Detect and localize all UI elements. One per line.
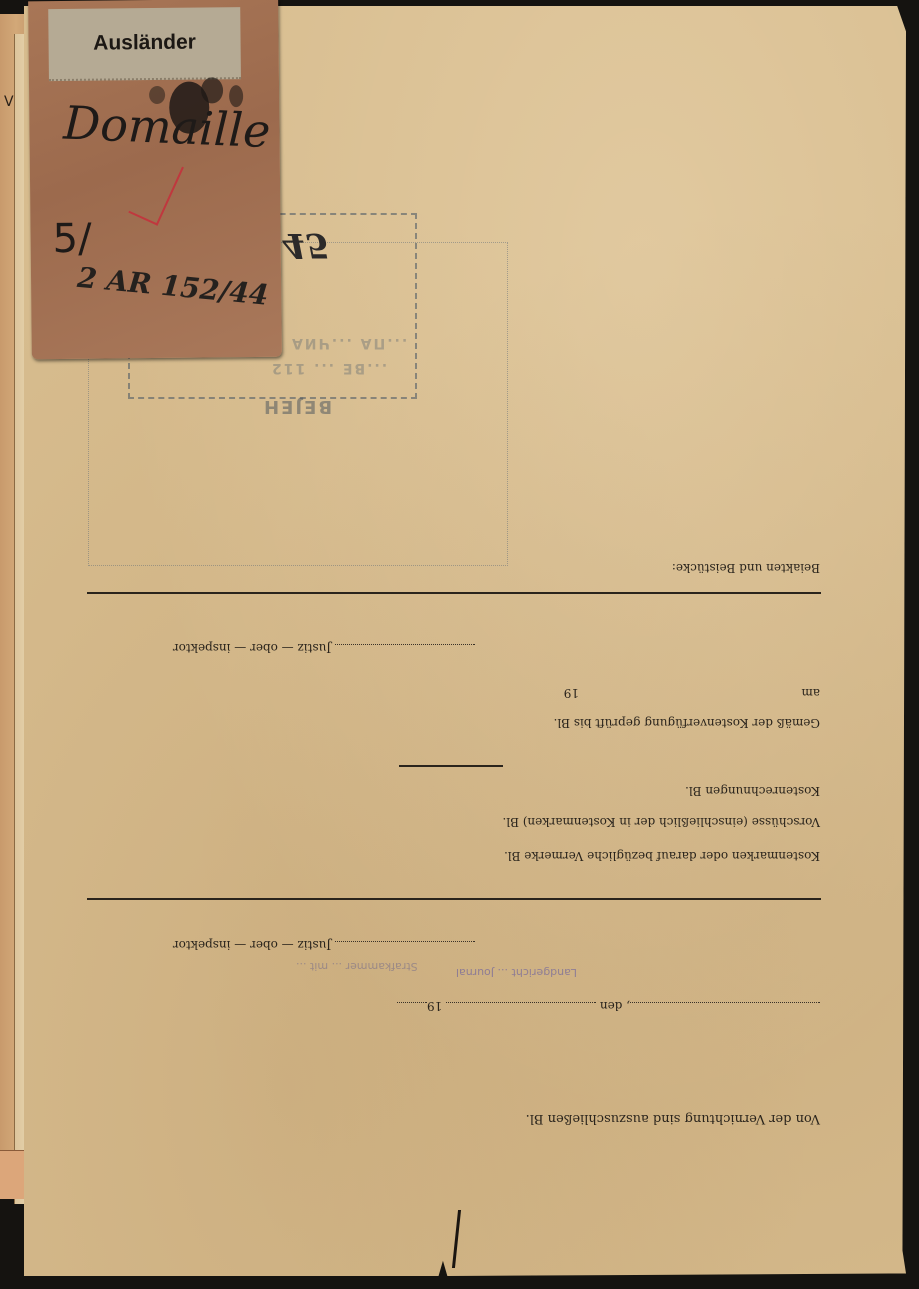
signature-field-1 xyxy=(335,644,475,655)
am-label: am xyxy=(801,686,820,700)
signature-field-2 xyxy=(335,941,475,952)
date-field xyxy=(446,1002,596,1013)
divider-lower xyxy=(87,898,821,900)
short-divider xyxy=(399,766,503,768)
signature-line-1: Justiz — ober — inspektor xyxy=(173,641,475,655)
signature-role-2: Justiz — ober — inspektor xyxy=(173,938,331,952)
year-label-upper: 19 xyxy=(564,686,579,700)
file-reference: 2 AR 152/44 xyxy=(76,261,270,312)
category-label: Ausländer xyxy=(93,31,196,56)
den-label: , den xyxy=(600,999,630,1013)
red-check-mark-icon xyxy=(128,154,184,226)
year-label: 19 xyxy=(427,999,442,1013)
kostenrechnungen-line: Kostenrechnungen Bl. xyxy=(685,784,820,798)
divider-upper xyxy=(87,592,821,594)
signature-line-2: Justiz — ober — inspektor xyxy=(173,938,475,952)
handwritten-name: Domaille xyxy=(62,96,271,159)
gemaess-line: Gemäß der Kostenverfügung geprüft bis Bl… xyxy=(554,716,820,730)
place-field xyxy=(630,1002,820,1013)
file-number: 5/ xyxy=(52,216,91,262)
year-field xyxy=(397,1002,427,1013)
place-date-line: , den 19 xyxy=(397,999,820,1013)
kostenmarken-line: Kostenmarken oder darauf bezügliche Verm… xyxy=(504,849,820,863)
file-label-card: Ausländer Domaille 5/ 2 AR 152/44 xyxy=(28,0,282,359)
category-sticker: Ausländer xyxy=(48,7,241,81)
ink-blot xyxy=(201,77,223,103)
signature-role-1: Justiz — ober — inspektor xyxy=(173,641,331,655)
beiakten-label: Beiakten und Beistücke: xyxy=(672,561,820,575)
vernichtung-line: Von der Vernichtung sind auszuschließen … xyxy=(526,1111,820,1126)
vorschuesse-line: Vorschüsse (einschließlich der in Kosten… xyxy=(502,815,820,829)
